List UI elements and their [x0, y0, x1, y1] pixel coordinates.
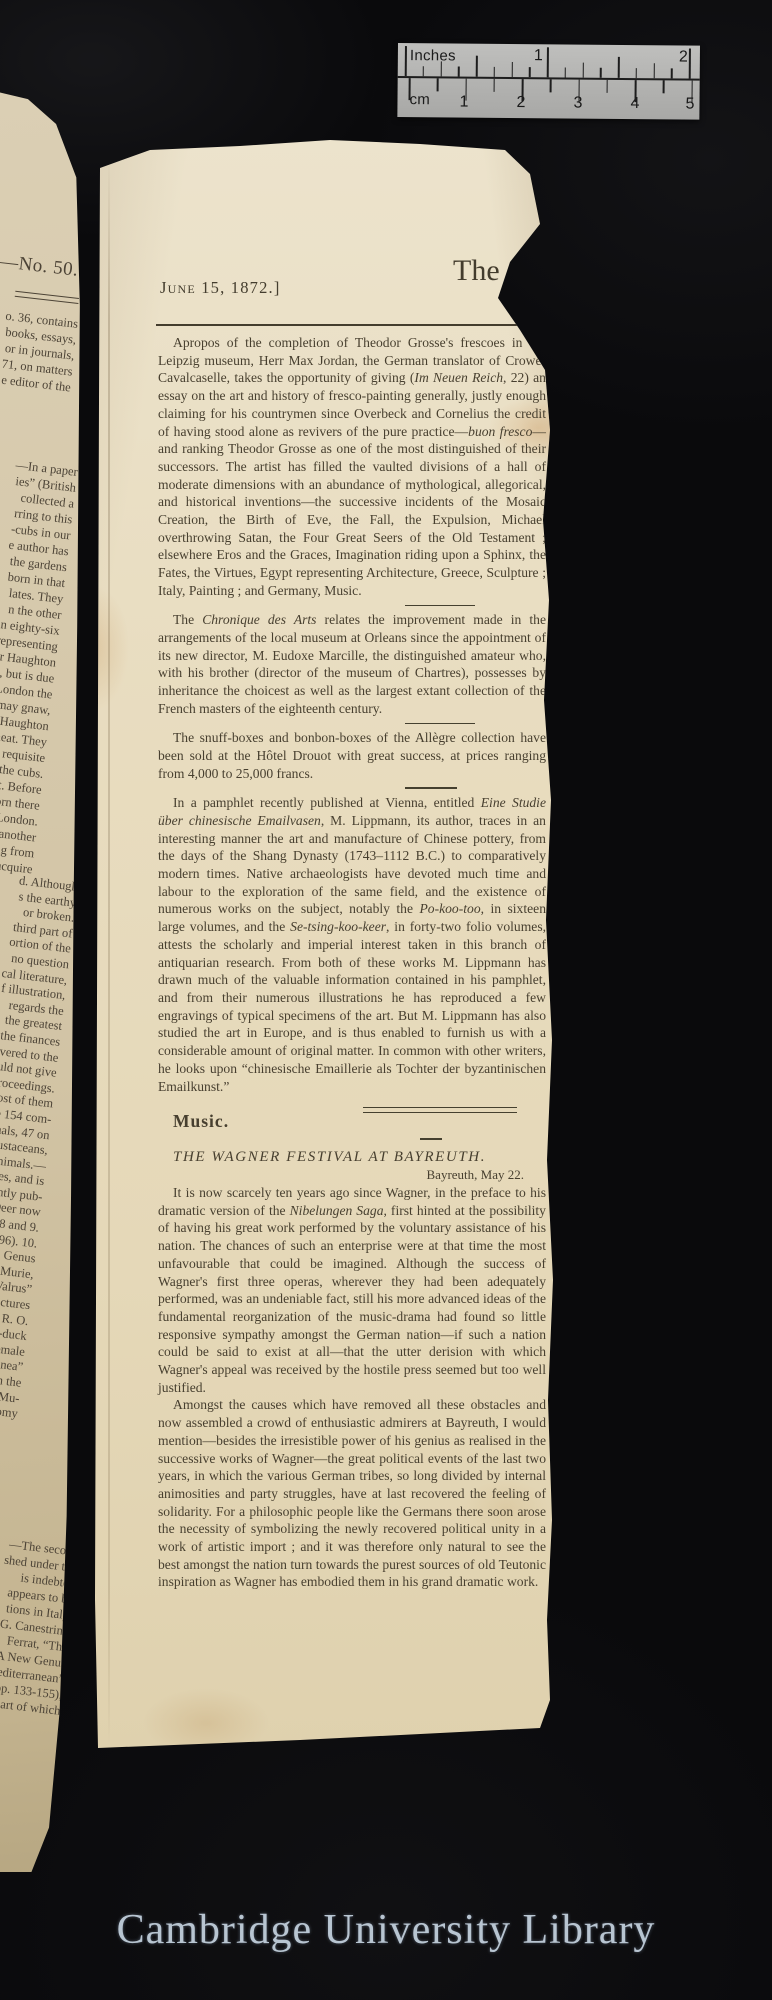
section-separator [405, 723, 475, 725]
sliver-fragments-mid: —In a paperies” (Britishcollected arring… [0, 456, 79, 877]
ruler-cm-label: cm [409, 91, 430, 108]
music-heading-rule [420, 1138, 442, 1140]
section-double-rule [363, 1107, 517, 1113]
sliver-fragments-bottom: —The secondshed under theis indebtedappe… [0, 1535, 79, 1719]
journal-page: June 15, 1872.] The A Apropos of the com… [86, 128, 564, 1756]
note-paragraph-snuffboxes: The snuff-boxes and bonbon-boxes of the … [158, 729, 546, 782]
wagner-paragraph-1: It is now scarcely ten years ago since W… [158, 1184, 546, 1396]
wagner-article-subheading: THE WAGNER FESTIVAL AT BAYREUTH. [158, 1149, 546, 1167]
issue-number: —No. 50. [0, 251, 79, 282]
page-crease-line [108, 158, 110, 1746]
sliver-double-rule [15, 291, 79, 304]
ruler-inch-number-1: 1 [534, 47, 543, 65]
page-header-title: The A [453, 254, 527, 288]
ruler-cm-number-5: 5 [685, 96, 694, 114]
wagner-paragraph-2: Amongst the causes which have removed al… [158, 1396, 546, 1591]
photo-background: { "ruler": { "inches_label": "Inches", "… [0, 0, 772, 2000]
music-section-heading: Music. [158, 1113, 229, 1131]
note-paragraph-chronique: The Chronique des Arts relates the impro… [158, 611, 546, 717]
ruler-inches-label: Inches [410, 47, 456, 64]
sliver-fragments-lower: d. Althoughs the earthyor broken.third p… [0, 872, 79, 1423]
article-dateline: Bayreuth, May 22. [158, 1166, 546, 1184]
library-watermark: Cambridge University Library [0, 1906, 772, 1954]
note-paragraph-frescoes: Apropos of the completion of Theodor Gro… [158, 334, 546, 600]
ruler-cm-number-1: 1 [459, 94, 468, 112]
section-separator [405, 605, 475, 607]
measurement-ruler: Inches cm 1 2 1 2 3 4 5 [397, 43, 700, 120]
underlying-page-sliver: —No. 50. o. 36, containsbooks, essays,or… [0, 92, 86, 1872]
ruler-inch-number-2: 2 [679, 48, 688, 66]
page-header-rule [156, 324, 548, 326]
ruler-tick-marks [398, 43, 700, 46]
sliver-fragments-top: o. 36, containsbooks, essays,or in journ… [0, 308, 79, 396]
text-column: Apropos of the completion of Theodor Gro… [158, 334, 546, 1591]
page-header-date: June 15, 1872.] [160, 278, 281, 298]
section-separator [405, 787, 457, 789]
note-paragraph-pamphlet: In a pamphlet recently published at Vien… [158, 794, 546, 1095]
